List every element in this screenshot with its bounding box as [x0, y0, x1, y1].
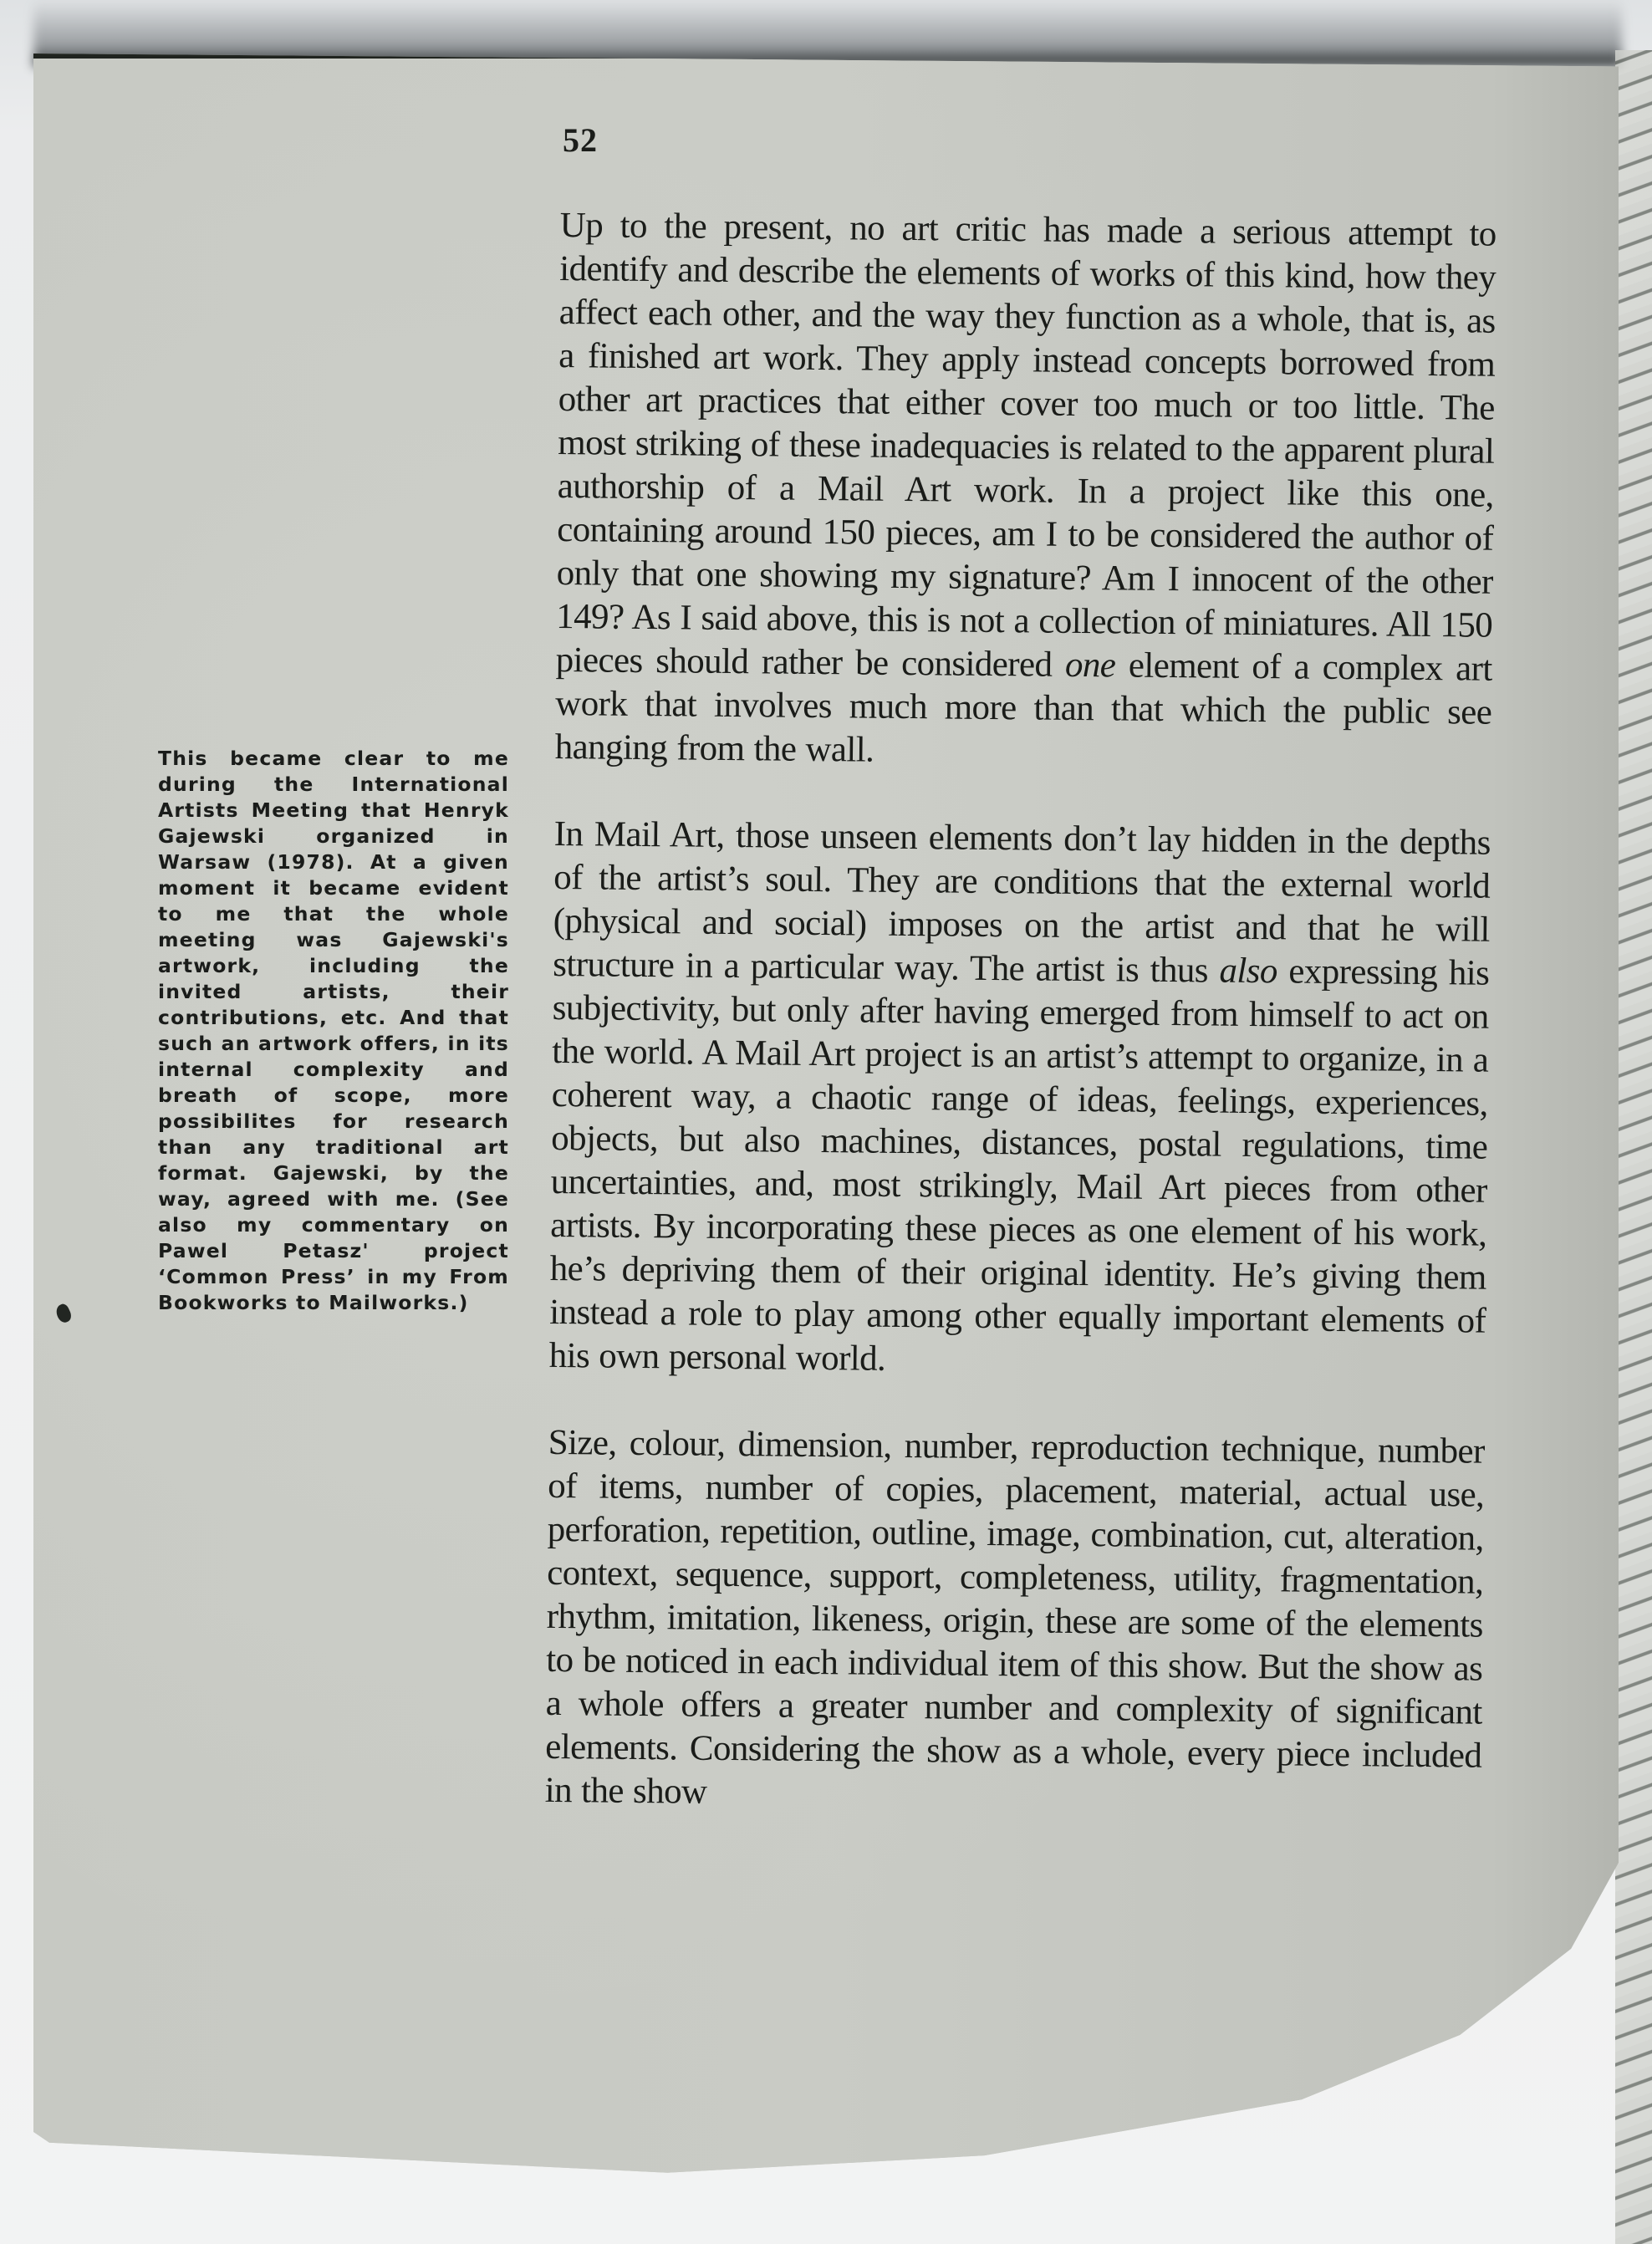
- paragraph-2-text-b: expressing his subjectivity, but only af…: [549, 951, 1490, 1379]
- margin-note: This became clear to me during the Inter…: [158, 746, 509, 1316]
- paragraph-3: Size, colour, dimension, number, reprodu…: [545, 1421, 1485, 1822]
- paragraph-3-text: Size, colour, dimension, number, reprodu…: [545, 1423, 1485, 1812]
- paragraph-2-emphasis: also: [1219, 951, 1277, 992]
- body-text: Up to the present, no art critic has mad…: [545, 204, 1496, 1822]
- paragraph-1: Up to the present, no art critic has mad…: [555, 204, 1496, 778]
- adjacent-page-edge: [1615, 50, 1652, 2244]
- paragraph-1-emphasis: one: [1065, 645, 1116, 686]
- paragraph-1-text-a: Up to the present, no art critic has mad…: [556, 206, 1496, 685]
- paragraph-2: In Mail Art, those unseen elements don’t…: [549, 813, 1491, 1387]
- margin-note-text: This became clear to me during the Inter…: [158, 746, 509, 1316]
- page-number: 52: [563, 120, 598, 160]
